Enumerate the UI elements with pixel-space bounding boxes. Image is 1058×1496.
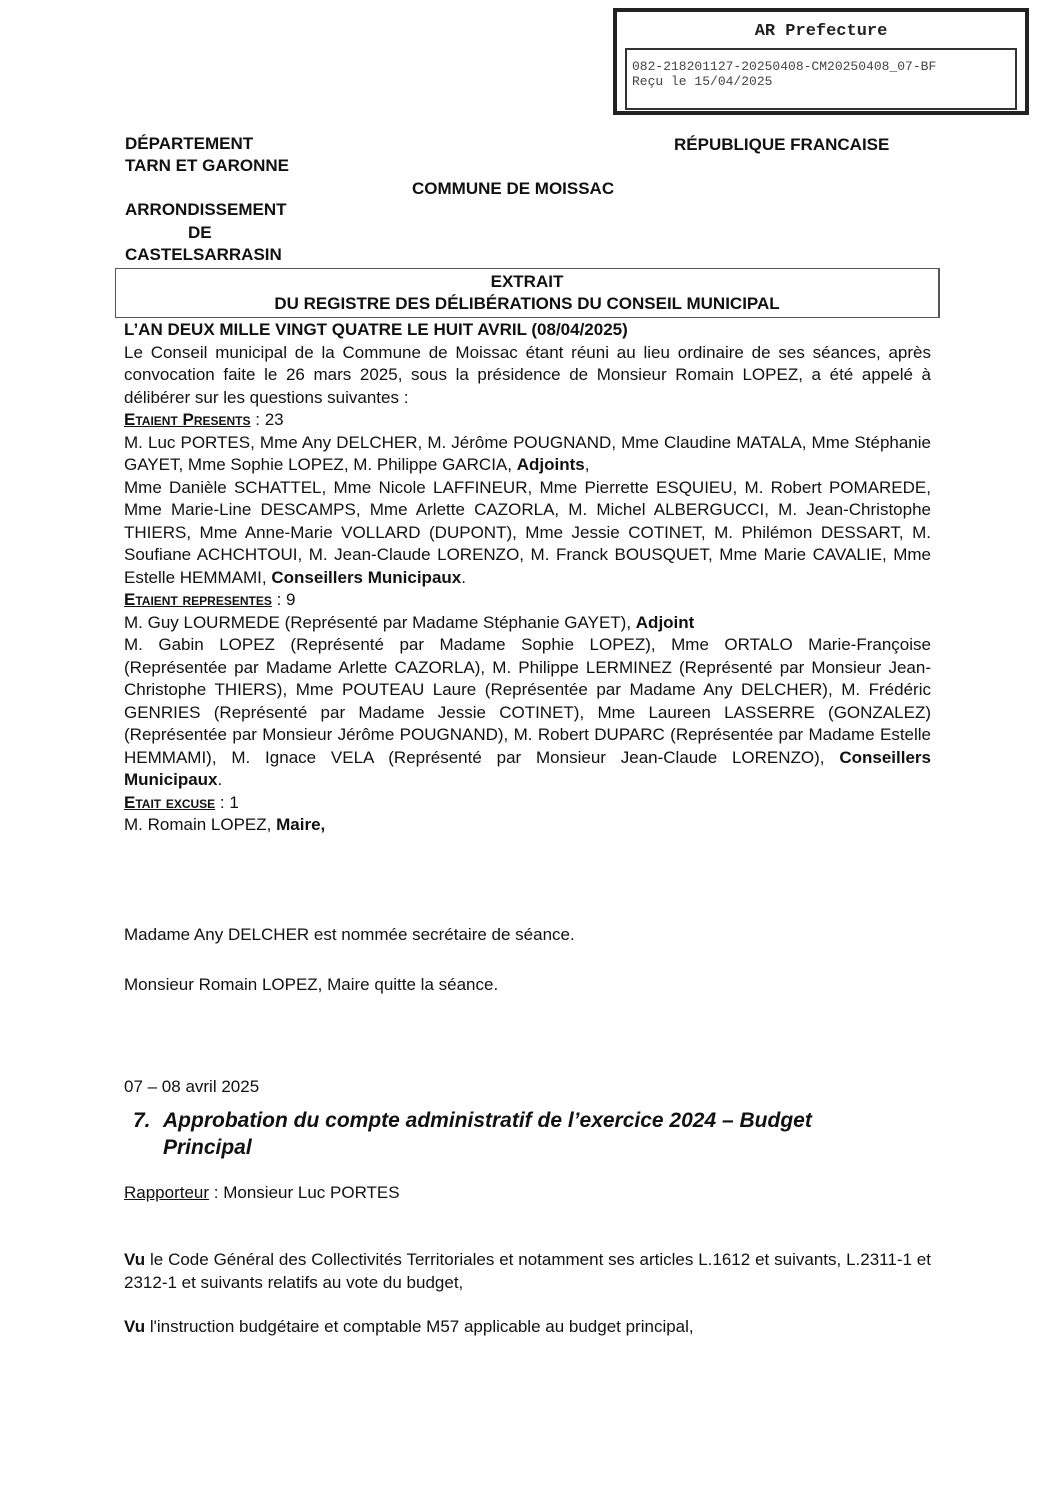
punctuation: , — [585, 455, 590, 474]
presents-conseillers-names: Mme Danièle SCHATTEL, Mme Nicole LAFFINE… — [124, 478, 931, 587]
presents-heading: Etaient Presents : 23 — [124, 409, 931, 432]
commune-label: COMMUNE DE MOISSAC — [412, 178, 614, 200]
consideration-text: le Code Général des Collectivités Territ… — [124, 1250, 931, 1292]
representes-count: : 9 — [277, 590, 296, 609]
stamp-received-date: Reçu le 15/04/2025 — [632, 74, 1015, 89]
stamp-reference: 082-218201127-20250408-CM20250408_07-BF — [632, 59, 1015, 74]
extract-subtitle: DU REGISTRE DES DÉLIBÉRATIONS DU CONSEIL… — [116, 294, 938, 314]
punctuation: . — [218, 770, 223, 789]
extract-title: EXTRAIT — [116, 272, 938, 292]
representes-adjoint: M. Guy LOURMEDE (Représenté par Madame S… — [124, 612, 931, 635]
session-intro: Le Conseil municipal de la Commune de Mo… — [124, 342, 931, 410]
representes-heading: Etaient representes : 9 — [124, 589, 931, 612]
departement-label: DÉPARTEMENT — [125, 133, 289, 155]
punctuation: . — [461, 568, 466, 587]
presents-label: Etaient Presents — [124, 410, 251, 429]
presents-adjoints: M. Luc PORTES, Mme Any DELCHER, M. Jérôm… — [124, 432, 931, 477]
item-date: 07 – 08 avril 2025 — [124, 1076, 931, 1099]
consideration-lead: Vu — [124, 1250, 145, 1269]
representes-adjoint-names: M. Guy LOURMEDE (Représenté par Madame S… — [124, 613, 636, 632]
arrondissement-de: DE — [125, 222, 287, 245]
item-number: 7. — [133, 1107, 163, 1134]
representes-conseillers: M. Gabin LOPEZ (Représenté par Madame So… — [124, 634, 931, 792]
secretary-statement: Madame Any DELCHER est nommée secrétaire… — [124, 924, 931, 947]
arrondissement-block: ARRONDISSEMENT DE CASTELSARRASIN — [125, 199, 287, 267]
session-block: L’AN DEUX MILLE VINGT QUATRE LE HUIT AVR… — [124, 319, 931, 837]
presents-conseillers-role: Conseillers Municipaux — [271, 568, 461, 587]
consideration-lead: Vu — [124, 1317, 145, 1336]
excuse-count: : 1 — [220, 793, 239, 812]
extract-box: EXTRAIT DU REGISTRE DES DÉLIBÉRATIONS DU… — [115, 268, 940, 318]
departement-block: DÉPARTEMENT TARN ET GARONNE — [125, 133, 289, 177]
presents-conseillers: Mme Danièle SCHATTEL, Mme Nicole LAFFINE… — [124, 477, 931, 590]
ar-prefecture-stamp: AR Prefecture 082-218201127-20250408-CM2… — [613, 8, 1029, 115]
representes-adjoint-role: Adjoint — [636, 613, 695, 632]
presents-count: : 23 — [255, 410, 283, 429]
excuse-name: M. Romain LOPEZ, — [124, 815, 276, 834]
republique-label: RÉPUBLIQUE FRANCAISE — [674, 134, 889, 156]
stamp-title: AR Prefecture — [617, 22, 1025, 41]
consideration-text: l'instruction budgétaire et comptable M5… — [145, 1317, 694, 1336]
item-title-line1: Approbation du compte administratif de l… — [163, 1107, 812, 1134]
excuse-heading: Etait excuse : 1 — [124, 792, 931, 815]
arrondissement-label: ARRONDISSEMENT — [125, 199, 287, 222]
presents-adjoints-role: Adjoints — [517, 455, 585, 474]
rapporteur-label: Rapporteur — [124, 1183, 209, 1202]
stamp-details: 082-218201127-20250408-CM20250408_07-BF … — [625, 48, 1017, 110]
arrondissement-name: CASTELSARRASIN — [125, 244, 287, 267]
rapporteur-value: : Monsieur Luc PORTES — [209, 1183, 400, 1202]
representes-conseillers-names: M. Gabin LOPEZ (Représenté par Madame So… — [124, 635, 931, 767]
mayor-leaves-statement: Monsieur Romain LOPEZ, Maire quitte la s… — [124, 974, 931, 997]
item-title: 7.Approbation du compte administratif de… — [133, 1107, 943, 1161]
excuse-label: Etait excuse — [124, 793, 215, 812]
consideration-item: Vu l'instruction budgétaire et comptable… — [124, 1316, 931, 1339]
excuse-line: M. Romain LOPEZ, Maire, — [124, 814, 931, 837]
item-title-line2: Principal — [133, 1134, 943, 1161]
representes-label: Etaient representes — [124, 590, 272, 609]
rapporteur-line: Rapporteur : Monsieur Luc PORTES — [124, 1182, 931, 1205]
departement-name: TARN ET GARONNE — [125, 155, 289, 177]
excuse-role: Maire, — [276, 815, 325, 834]
consideration-item: Vu le Code Général des Collectivités Ter… — [124, 1249, 931, 1294]
session-date-heading: L’AN DEUX MILLE VINGT QUATRE LE HUIT AVR… — [124, 319, 931, 342]
